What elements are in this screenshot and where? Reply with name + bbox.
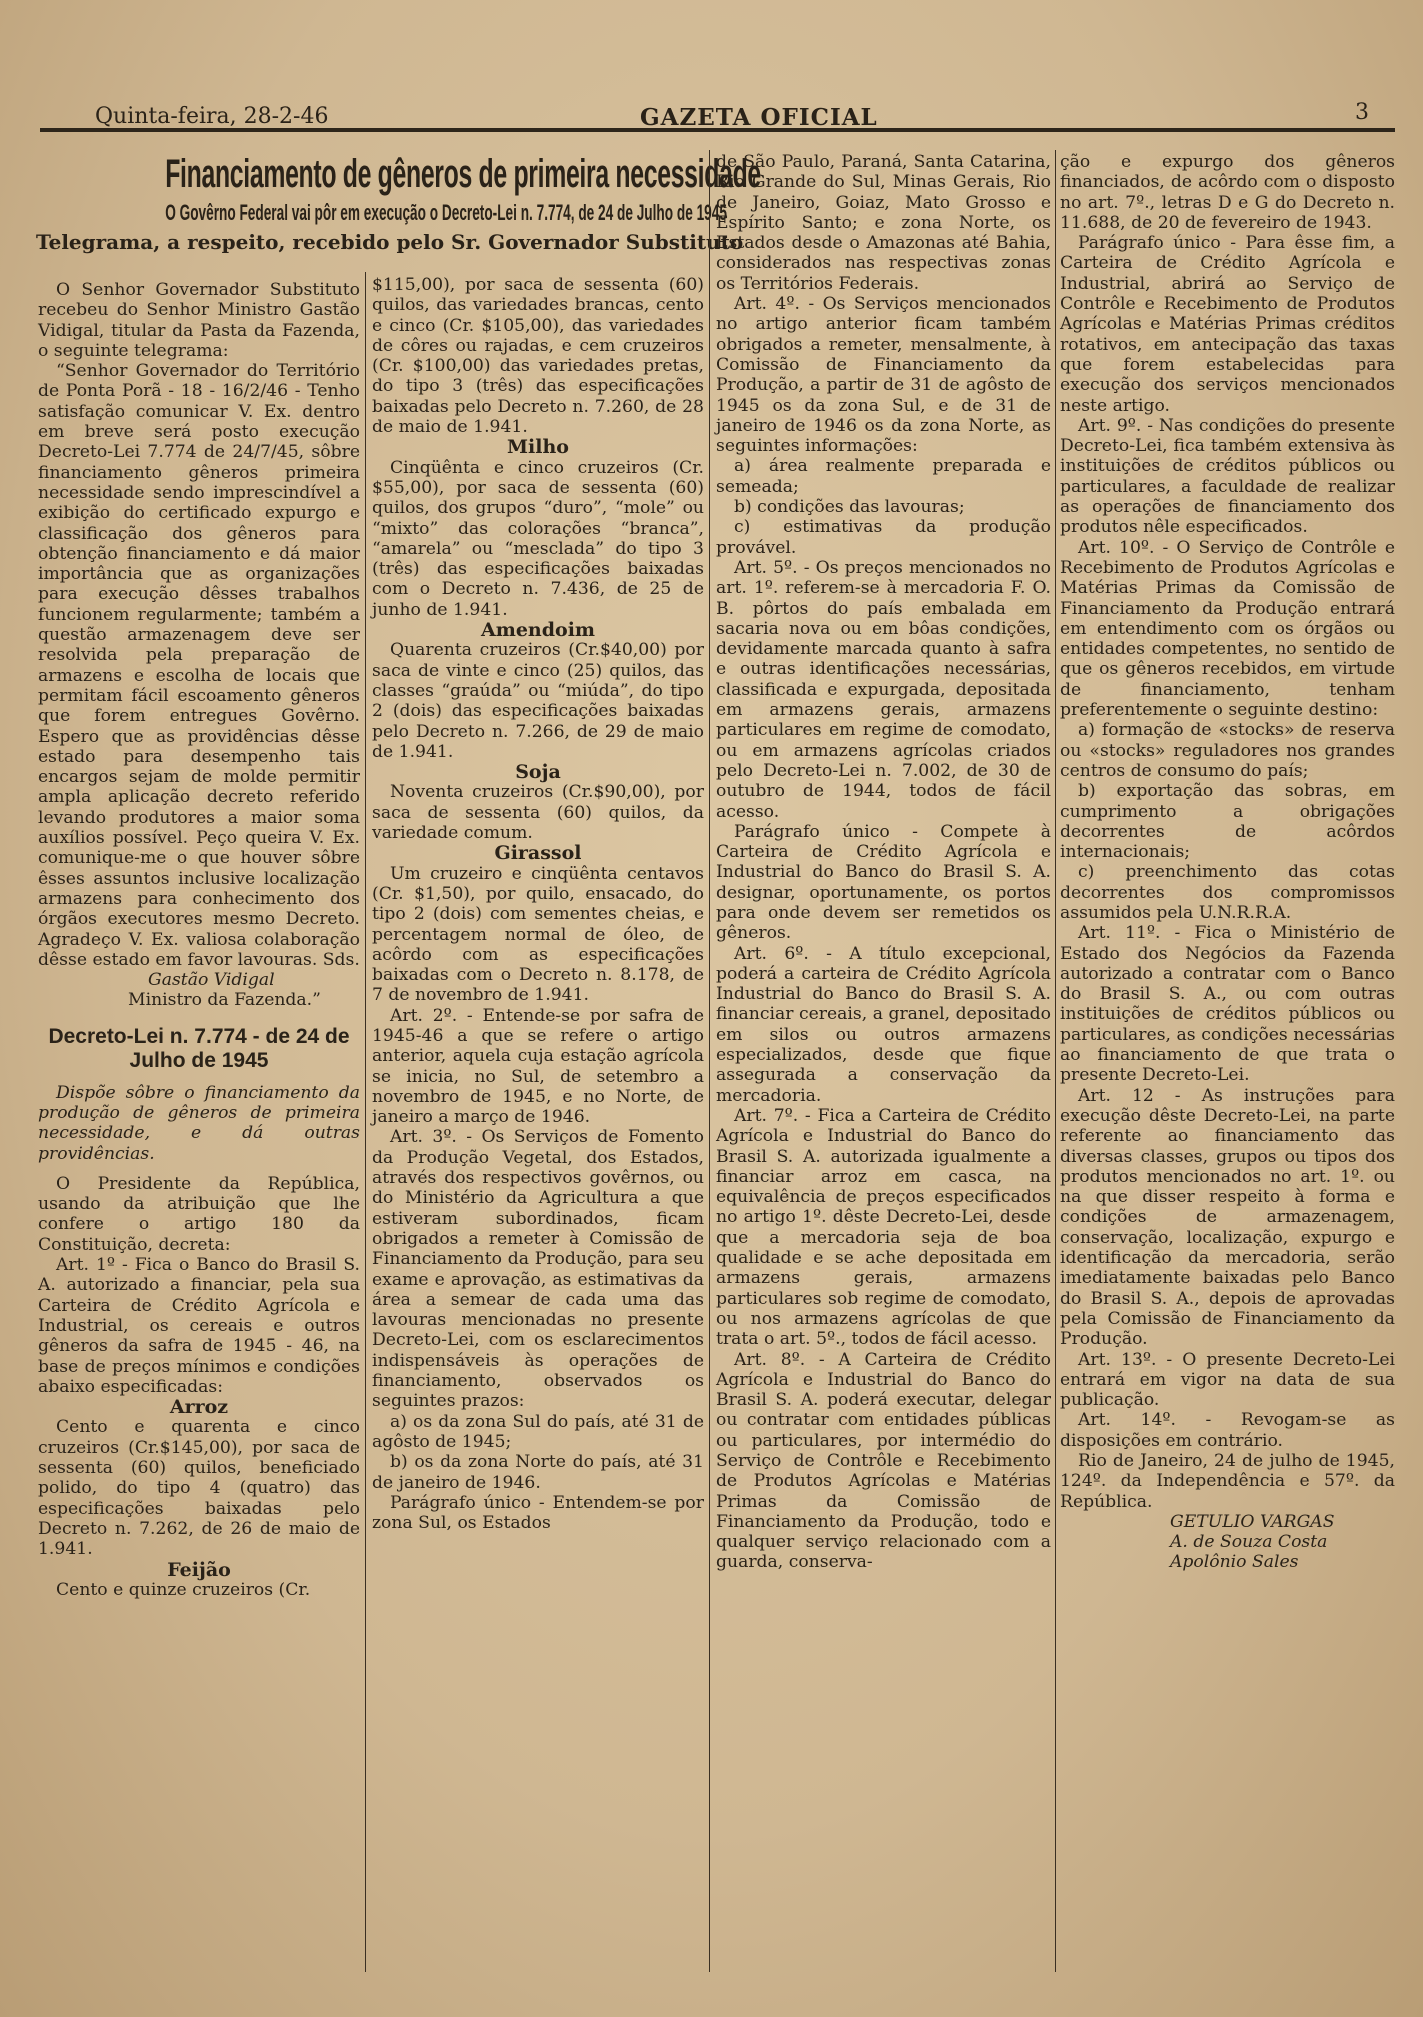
list-item: b) condições das lavouras; — [716, 497, 1051, 517]
article-8: Art. 8º. - A Carteira de Crédito Agrícol… — [716, 1350, 1051, 1573]
column-3: de São Paulo, Paraná, Santa Catarina, Ri… — [716, 152, 1051, 1573]
section-heading-feijao: Feijão — [38, 1560, 360, 1580]
list-item: c) preenchimento das cotas decorrentes d… — [1060, 862, 1395, 923]
signature-name: Gastão Vidigal — [38, 970, 360, 990]
article-10: Art. 10º. - O Serviço de Contrôle e Rece… — [1060, 538, 1395, 721]
list-item: b) exportação das sobras, em cumprimento… — [1060, 781, 1395, 862]
paragraph: Cinqüênta e cinco cruzeiros (Cr. $55,00)… — [372, 458, 704, 620]
article-headline: Financiamento de gêneros de primeira nec… — [36, 150, 716, 256]
article-4: Art. 4º. - Os Serviços mencionados no ar… — [716, 294, 1051, 456]
paragraph: $115,00), por saca de sessenta (60) quil… — [372, 275, 704, 437]
list-item: c) estimativas da produção provável. — [716, 517, 1051, 558]
paragraph: de São Paulo, Paraná, Santa Catarina, Ri… — [716, 152, 1051, 294]
article-9: Art. 9º. - Nas condições do presente Dec… — [1060, 416, 1395, 538]
column-2: $115,00), por saca de sessenta (60) quil… — [372, 275, 704, 1533]
section-heading-amendoim: Amendoim — [372, 620, 704, 640]
section-heading-soja: Soja — [372, 762, 704, 782]
paragraph: O Presidente da República, usando da atr… — [38, 1174, 360, 1255]
section-heading-milho: Milho — [372, 437, 704, 457]
paragraph: Cento e quinze cruzeiros (Cr. — [38, 1580, 360, 1600]
article-6: Art. 6º. - A título excepcional, poderá … — [716, 944, 1051, 1106]
paragraph: Noventa cruzeiros (Cr.$90,00), por saca … — [372, 782, 704, 843]
issue-date: Quinta-feira, 28-2-46 — [95, 104, 328, 129]
paragraph: O Senhor Governador Substituto recebeu d… — [38, 280, 360, 361]
article-5: Art. 5º. - Os preços mencionados no art.… — [716, 558, 1051, 822]
article-1: Art. 1º - Fica o Banco do Brasil S. A. a… — [38, 1255, 360, 1397]
article-13: Art. 13º. - O presente Decreto-Lei entra… — [1060, 1350, 1395, 1411]
closing-line: Rio de Janeiro, 24 de julho de 1945, 124… — [1060, 1451, 1395, 1512]
headline-subtitle: O Govêrno Federal vai pôr em execução o … — [165, 198, 587, 228]
paragraph: ção e expurgo dos gêneros financiados, d… — [1060, 152, 1395, 233]
signature: Apolônio Sales — [1060, 1552, 1395, 1572]
paragraph: Parágrafo único - Entendem-se por zona S… — [372, 1493, 704, 1534]
column-divider — [1055, 150, 1056, 1972]
article-3: Art. 3º. - Os Serviços de Fomento da Pro… — [372, 1127, 704, 1411]
decree-ementa: Dispõe sôbre o financiamento da produção… — [38, 1083, 360, 1164]
list-item: b) os da zona Norte do país, até 31 de j… — [372, 1452, 704, 1493]
article-12: Art. 12 - As instruções para execução dê… — [1060, 1086, 1395, 1350]
section-heading-arroz: Arroz — [38, 1397, 360, 1417]
decree-title: Decreto-Lei n. 7.774 - de 24 de Julho de… — [38, 1025, 360, 1073]
column-divider — [709, 150, 710, 1972]
paragraph: Cento e quarenta e cinco cruzeiros (Cr.$… — [38, 1417, 360, 1559]
paragraph: Parágrafo único - Para êsse fim, a Carte… — [1060, 233, 1395, 416]
headline-title: Financiamento de gêneros de primeira nec… — [165, 150, 587, 198]
signature-title: Ministro da Fazenda.” — [38, 990, 360, 1010]
article-7: Art. 7º. - Fica a Carteira de Crédito Ag… — [716, 1106, 1051, 1350]
signature: A. de Souza Costa — [1060, 1532, 1395, 1552]
column-divider — [365, 272, 366, 1972]
section-heading-girassol: Girassol — [372, 843, 704, 863]
page-number: 3 — [1355, 100, 1369, 125]
list-item: a) formação de «stocks» de reserva ou «s… — [1060, 720, 1395, 781]
paragraph: Quarenta cruzeiros (Cr.$40,00) por saca … — [372, 640, 704, 762]
column-4: ção e expurgo dos gêneros financiados, d… — [1060, 152, 1395, 1573]
list-item: a) os da zona Sul do país, até 31 de agô… — [372, 1412, 704, 1453]
paragraph: Parágrafo único - Compete à Carteira de … — [716, 822, 1051, 944]
article-14: Art. 14º. - Revogam-se as disposições em… — [1060, 1410, 1395, 1451]
masthead-rule — [40, 128, 1395, 132]
article-11: Art. 11º. - Fica o Ministério de Estado … — [1060, 923, 1395, 1085]
article-2: Art. 2º. - Entende-se por safra de 1945-… — [372, 1006, 704, 1128]
newspaper-title: GAZETA OFICIAL — [640, 104, 878, 131]
paragraph: Um cruzeiro e cinqüênta centavos (Cr. $1… — [372, 864, 704, 1006]
signature: GETULIO VARGAS — [1060, 1512, 1395, 1532]
telegram-text: “Senhor Governador do Território de Pont… — [38, 361, 360, 970]
list-item: a) área realmente preparada e semeada; — [716, 456, 1051, 497]
headline-kicker: Telegrama, a respeito, recebido pelo Sr.… — [36, 228, 716, 256]
column-1: O Senhor Governador Substituto recebeu d… — [38, 280, 360, 1600]
